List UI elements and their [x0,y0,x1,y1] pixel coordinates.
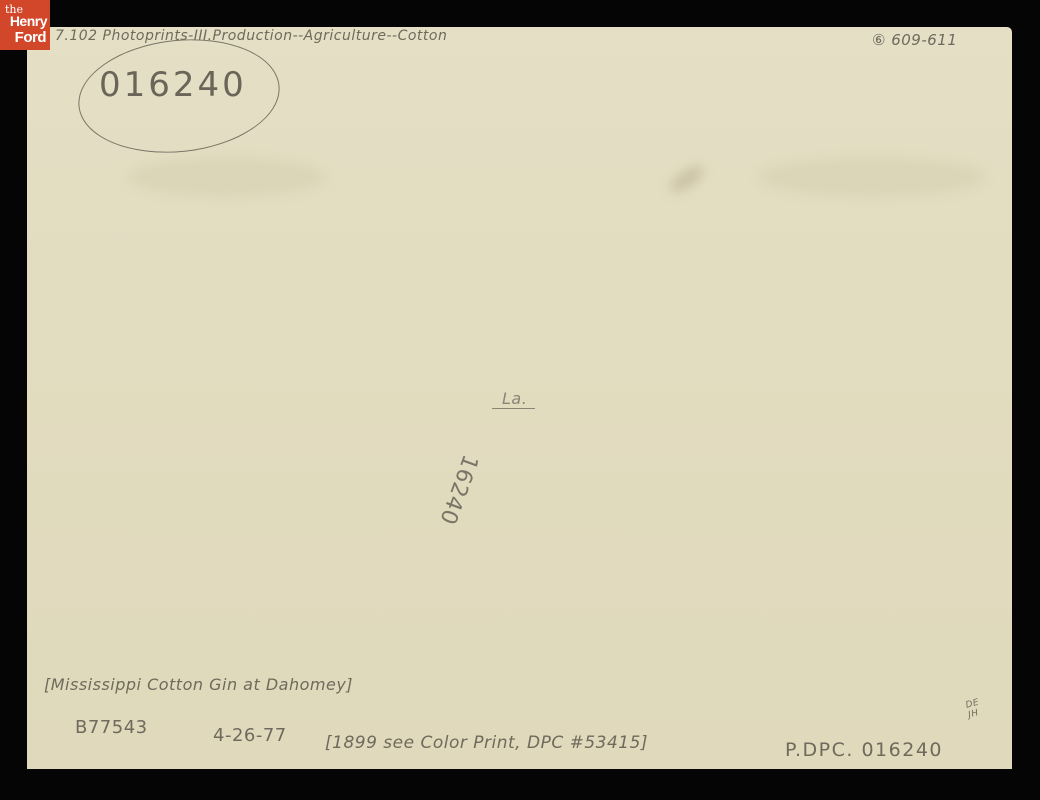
accession-number: B77543 [75,717,148,738]
rotated-number: 16240 [434,451,482,528]
circled-number: 016240 [99,65,247,105]
logo-henry: Henry [10,14,47,28]
logo-ford: Ford [15,30,46,45]
date-note: 4-26-77 [213,725,287,746]
catalog-number: P.DPC. 016240 [785,739,943,761]
henry-ford-logo: the Henry Ford [0,0,50,50]
caption-note: [Mississippi Cotton Gin at Dahomey] [44,675,353,694]
initials: DE JH [965,698,984,721]
color-print-note: [1899 see Color Print, DPC #53415] [325,733,648,753]
paper-stain [667,162,708,196]
classification-note: 7.102 Photoprints-III.Production--Agricu… [55,28,447,44]
center-mark: La. [492,389,535,409]
top-right-reference: ⑥ 609-611 [872,31,957,49]
paper-stain [757,157,987,197]
photo-back-paper: 7.102 Photoprints-III.Production--Agricu… [27,27,1012,769]
paper-stain [127,157,327,197]
